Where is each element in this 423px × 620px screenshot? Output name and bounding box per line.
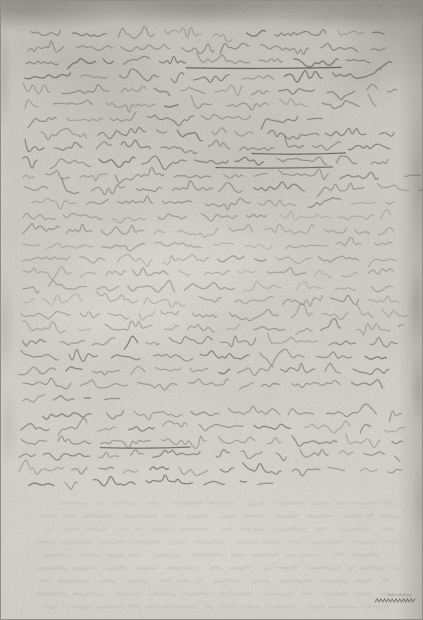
manuscript-scan xyxy=(1,1,422,619)
grain-overlay-light xyxy=(1,1,422,619)
scanned-manuscript-page xyxy=(0,0,423,620)
